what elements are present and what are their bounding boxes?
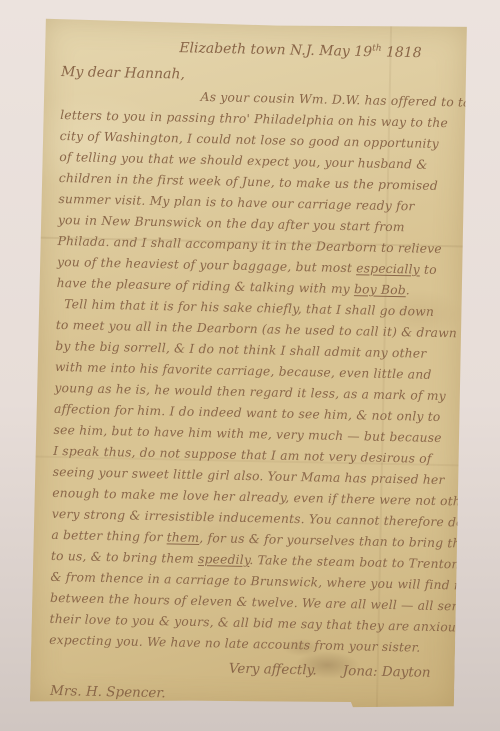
- letter-addressee: Mrs. H. Spencer.: [48, 681, 444, 709]
- dateline-year: 1818: [381, 44, 421, 61]
- dateline-superscript: th: [372, 44, 382, 54]
- letter-body: As your cousin Wm. D.W. has offered to t…: [49, 84, 457, 659]
- letter-paper: Elizabeth town N.J. May 19th 1818 My dea…: [30, 18, 468, 713]
- letter-dateline: Elizabeth town N.J. May 19th 1818: [61, 32, 457, 64]
- dateline-text: Elizabeth town N.J. May 19: [179, 40, 372, 60]
- photo-background: Elizabeth town N.J. May 19th 1818 My dea…: [0, 0, 500, 731]
- letter-signature: Jona: Dayton: [343, 661, 431, 683]
- letter-closing-row: Very affectly. Jona: Dayton: [48, 655, 444, 683]
- letter-closing: Very affectly.: [229, 658, 317, 680]
